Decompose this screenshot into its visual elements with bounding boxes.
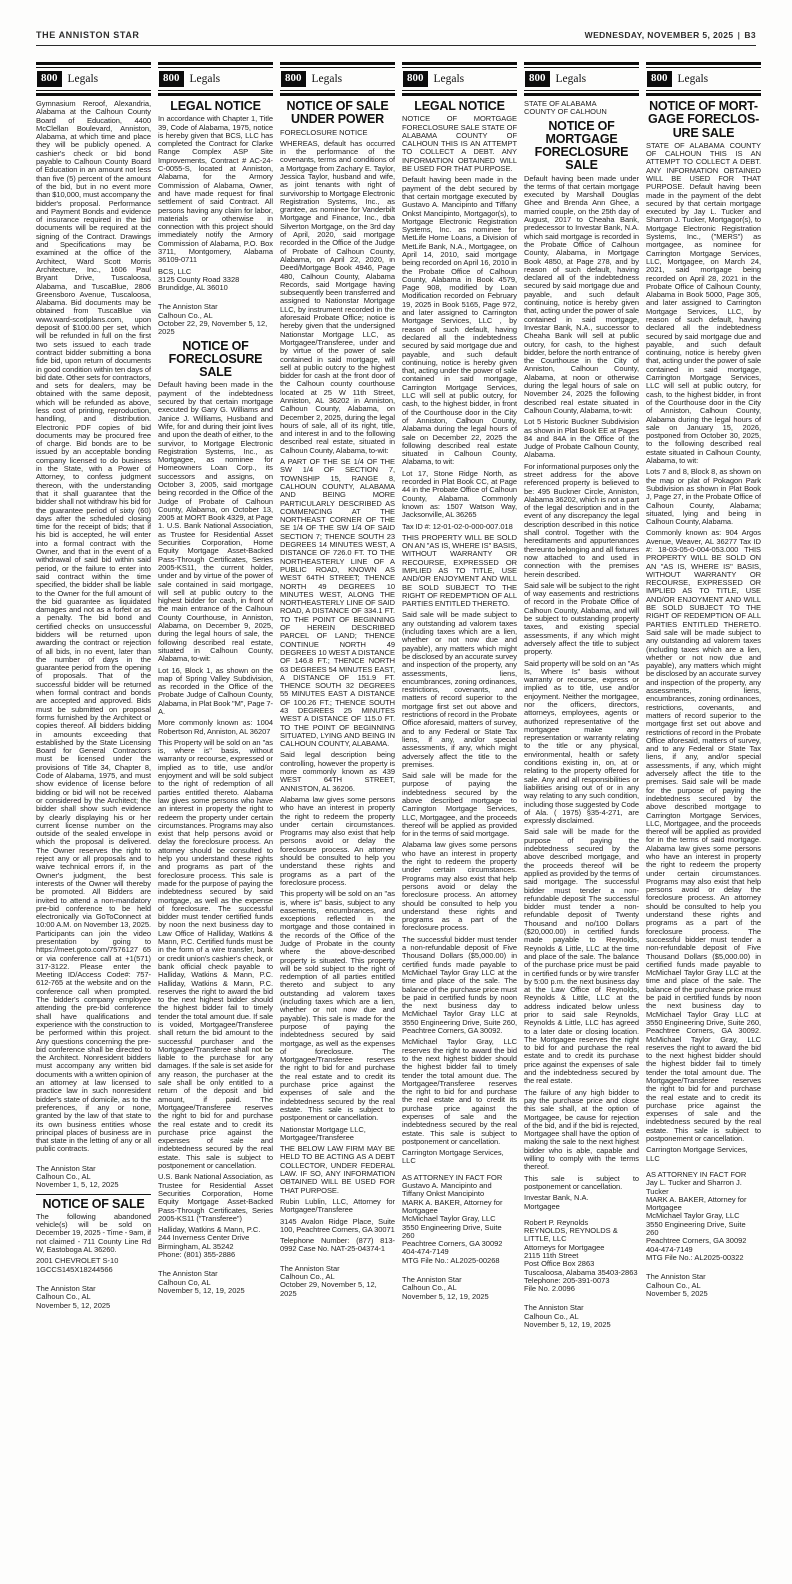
issue-date: WEDNESDAY, NOVEMBER 5, 2025 <box>585 30 734 40</box>
notice-divider-rule <box>36 1194 151 1195</box>
category-row: 800 Legals <box>524 68 639 90</box>
rule-thin <box>524 90 639 91</box>
notice-body: Said sale will be made for the purpose o… <box>524 828 639 1085</box>
notice-lines: Nationstar Mortgage LLC,Mortgagee/Transf… <box>280 1126 395 1143</box>
notice-lines: The Anniston StarCalhoun Co., ALNovember… <box>524 1296 639 1329</box>
notice-body: The following abandoned vehicle(s) will … <box>36 1213 151 1254</box>
notice-line: November 5, 12, 19, 2025 <box>524 1321 639 1329</box>
notice-body: This property will be sold on an "as is,… <box>280 890 395 1122</box>
notice-line: LLC <box>646 1155 761 1163</box>
notice-body: Said legal description being controlling… <box>280 751 395 792</box>
notice-lines: BCS, LLC3125 County Road 3328Brundidge, … <box>158 268 273 293</box>
rule-thin <box>280 90 395 91</box>
category-row: 800 Legals <box>646 68 761 90</box>
notice-line: LLC <box>402 1157 517 1165</box>
notice-lines: STATE OF ALABAMACOUNTY OF CALHOUN <box>524 100 639 117</box>
notice-body: Telephone Number: (877) 813-0992 Case No… <box>280 1237 395 1254</box>
legals-columns: 800 Legals Gymnasium Reroof, Alexandria,… <box>36 62 756 1542</box>
notice-body: THIS PROPERTY WILL BE SOLD ON AN "AS IS,… <box>402 534 517 609</box>
rule-thick <box>524 93 639 96</box>
notice-body: More commonly known as: 1004 Robertson R… <box>158 719 273 736</box>
notice-lines: Carrington Mortgage Services,LLCAS ATTOR… <box>402 1149 517 1265</box>
notice-body: Said sale will be made subject to any ou… <box>402 611 517 769</box>
notice-line: Phone: (801) 355-2886 <box>158 1251 273 1259</box>
category-code-badge: 800 <box>525 71 550 87</box>
notice-lines: The Anniston StarCalhoun Co., ALOctober … <box>158 295 273 336</box>
notice-title: NOTICE OF SALE <box>36 1198 151 1211</box>
notice-line: Mortgagee/Transferee <box>280 1134 395 1142</box>
notice-lines: The Anniston StarCalhoun Co., ALNovember… <box>36 1157 151 1190</box>
notice-title-line: GAGE FORECLOS- <box>646 113 761 126</box>
legals-column: 800 Legals NOTICE OF SALE UNDER POWERFOR… <box>280 62 395 1542</box>
category-label: Legals <box>556 73 587 85</box>
notice-body: Said sale will be made for the purpose o… <box>402 772 517 838</box>
notice-body: Gymnasium Reroof, Alexandria, Alabama at… <box>36 100 151 1154</box>
category-code-badge: 800 <box>281 71 306 87</box>
notice-title: NOTICE OF SALE UNDER POWER <box>280 100 395 127</box>
rule-thin <box>646 90 761 91</box>
notice-lines: Halliday, Watkins & Mann, P.C.244 Invern… <box>158 1226 273 1259</box>
notice-line: MTG File No.: AL2025-00322 <box>646 1254 761 1262</box>
rule-thick <box>158 93 273 96</box>
category-header: 800 Legals <box>402 62 517 96</box>
notice-line: COUNTY OF CALHOUN <box>524 108 639 116</box>
notice-title: LEGAL NOTICE <box>158 100 273 113</box>
notice-body: Commonly known as: 904 Argos Avenue, Wea… <box>646 529 761 1143</box>
notice-body: This sale is subject to postponement or … <box>524 1175 639 1192</box>
notice-line: November 5, 12, 2025 <box>36 1302 151 1310</box>
notice-body: THE BELOW LAW FIRM MAY BE HELD TO BE ACT… <box>280 1145 395 1195</box>
rule-thick <box>646 93 761 96</box>
notice-body: In accordance with Chapter 1, Title 39, … <box>158 115 273 264</box>
notice-line: Brundidge, AL 36010 <box>158 284 273 292</box>
page-number: B3 <box>744 30 756 40</box>
rule-thick <box>36 62 151 65</box>
newspaper-page: THE ANNISTON STAR WEDNESDAY, NOVEMBER 5,… <box>0 0 792 1584</box>
notice-line: November 1, 5, 12, 2025 <box>36 1181 151 1189</box>
category-code-badge: 800 <box>403 71 428 87</box>
notice-body: Rubin Lublin, LLC, Attorney for Mortgage… <box>280 1198 395 1215</box>
notice-title: NOTICE OF FORECLOSURE SALE <box>158 340 273 380</box>
category-code-badge: 800 <box>37 71 62 87</box>
rule-thin <box>36 90 151 91</box>
notice-body: A PART OF THE SE 1/4 OF THE SW 1/4 OF SE… <box>280 458 395 748</box>
notice-body: The successful bidder must tender a non-… <box>402 936 517 1036</box>
notice-line: Carrington Mortgage Services, <box>646 1146 761 1154</box>
notice-title-line: NOTICE OF MORT- <box>646 100 761 113</box>
legals-column: 800 Legals LEGAL NOTICENOTICE OF MORTGAG… <box>402 62 517 1542</box>
category-row: 800 Legals <box>402 68 517 90</box>
rule-thick <box>280 62 395 65</box>
notice-line: 1GCCS145X18244566 <box>36 1266 151 1274</box>
category-label: Legals <box>312 73 343 85</box>
notice-lines: The Anniston StarCalhoun Co., ALNovember… <box>646 1265 761 1298</box>
masthead-separator: | <box>738 30 741 40</box>
category-row: 800 Legals <box>36 68 151 90</box>
notice-body: McMichael Taylor Gray, LLC reserves the … <box>402 1038 517 1146</box>
category-label: Legals <box>434 73 465 85</box>
category-row: 800 Legals <box>158 68 273 90</box>
legals-column: 800 Legals STATE OF ALABAMACOUNTY OF CAL… <box>524 62 639 1542</box>
legals-column: 800 Legals LEGAL NOTICEIn accordance wit… <box>158 62 273 1542</box>
paper-title: THE ANNISTON STAR <box>36 30 140 40</box>
notice-line: November 5, 12, 19, 2025 <box>158 1287 273 1295</box>
rule-thick <box>158 62 273 65</box>
notice-body: Lot 5 Historic Buckner Subdivision as sh… <box>524 418 639 459</box>
notice-body: The failure of any high bidder to pay th… <box>524 1089 639 1172</box>
notice-body: Alabama law gives some persons who have … <box>402 841 517 932</box>
rule-thin <box>402 90 517 91</box>
masthead: THE ANNISTON STAR WEDNESDAY, NOVEMBER 5,… <box>36 30 756 46</box>
notice-lines: The Anniston StarCalhoun Co, ALNovember … <box>158 1262 273 1295</box>
rule-thick <box>402 62 517 65</box>
notice-body: Alabama law gives some persons who have … <box>280 796 395 887</box>
notice-body: This Property will be sold on an "as is,… <box>158 739 273 1170</box>
category-header: 800 Legals <box>36 62 151 96</box>
notice-line: Carrington Mortgage Services, <box>402 1149 517 1157</box>
category-header: 800 Legals <box>524 62 639 96</box>
notice-body: WHEREAS, default has occurred in the per… <box>280 140 395 455</box>
notice-body: For informational purposes only the stre… <box>524 463 639 579</box>
notice-line: 3550 Engineering Drive, Suite <box>402 1224 517 1232</box>
notice-line: October 29, November 5, 12, 2025 <box>280 1281 395 1298</box>
notice-lines: The Anniston StarCalhoun Co., ALNovember… <box>402 1268 517 1301</box>
rule-thick <box>36 93 151 96</box>
legals-column: 800 Legals NOTICE OF MORT-GAGE FORECLOS-… <box>646 62 761 1542</box>
notice-body: Said sale will be subject to the right o… <box>524 582 639 657</box>
category-code-badge: 800 <box>159 71 184 87</box>
notice-title: LEGAL NOTICE <box>402 100 517 113</box>
category-header: 800 Legals <box>646 62 761 96</box>
notice-line: 3550 Engineering Drive, Suite <box>646 1221 761 1229</box>
notice-body: 3145 Avalon Ridge Place, Suite 100, Peac… <box>280 1218 395 1235</box>
rule-thick <box>280 93 395 96</box>
notice-line: REYNOLDS, REYNOLDS & LITTLE, LLC <box>524 1227 639 1244</box>
notice-body: Default having been made under the terms… <box>524 175 639 416</box>
notice-body: U.S. Bank National Association, as Trust… <box>158 1173 273 1223</box>
category-label: Legals <box>190 73 221 85</box>
category-header: 800 Legals <box>158 62 273 96</box>
rule-thick <box>524 62 639 65</box>
category-label: Legals <box>68 73 99 85</box>
notice-line: November 5, 2025 <box>646 1290 761 1298</box>
notice-lines: Investar Bank, N.A.MortgageeRobert P. Re… <box>524 1194 639 1293</box>
notice-body: Said property will be sold on an "As Is,… <box>524 660 639 826</box>
notice-body: Lot 16, Block 1, as shown on the map of … <box>158 667 273 717</box>
notice-lines: 2001 CHEVROLET S-101GCCS145X18244566 <box>36 1257 151 1274</box>
notice-line: October 22, 29, November 5, 12, 2025 <box>158 320 273 337</box>
notice-line: FORECLOSURE NOTICE <box>280 129 395 137</box>
notice-lines: The Anniston StarCalhoun Co., ALOctober … <box>280 1257 395 1298</box>
notice-lines: The Anniston StarCalhoun Co., ALNovember… <box>36 1277 151 1310</box>
notice-body: Default having been made in the payment … <box>158 381 273 663</box>
notice-line: Mortgagee <box>524 1203 639 1211</box>
notice-line: File No. 2.0096 <box>524 1285 639 1293</box>
notice-title-line: URE SALE <box>646 127 761 140</box>
rule-thick <box>402 93 517 96</box>
masthead-right: WEDNESDAY, NOVEMBER 5, 2025 | B3 <box>585 30 756 40</box>
category-header: 800 Legals <box>280 62 395 96</box>
notice-line: November 5, 12, 19, 2025 <box>402 1293 517 1301</box>
notice-body: NOTICE OF MORTGAGE FORECLOSURE SALE STAT… <box>402 115 517 173</box>
category-label: Legals <box>678 73 709 85</box>
notice-title: NOTICE OF MORTGAGE FORECLOSURE SALE <box>524 120 639 173</box>
notice-line: MTG File No.: AL2025-00268 <box>402 1257 517 1265</box>
category-row: 800 Legals <box>280 68 395 90</box>
notice-title: NOTICE OF MORT-GAGE FORECLOS-URE SALE <box>646 100 761 140</box>
notice-body: Lot 17, Stone Ridge North, as recorded i… <box>402 470 517 520</box>
notice-lines: Carrington Mortgage Services,LLCAS ATTOR… <box>646 1146 761 1262</box>
notice-body: STATE OF ALABAMA COUNTY OF CALHOUN THIS … <box>646 142 761 466</box>
category-code-badge: 800 <box>647 71 672 87</box>
notice-body: Tax ID #: 12-01-02-0-000-007.018 <box>402 523 517 531</box>
rule-thin <box>158 90 273 91</box>
rule-thick <box>646 62 761 65</box>
notice-body: Lots 7 and 8, Block 8, as shown on the m… <box>646 468 761 526</box>
notice-lines: FORECLOSURE NOTICE <box>280 129 395 137</box>
notice-body: Default having been made in the payment … <box>402 176 517 466</box>
legals-column: 800 Legals Gymnasium Reroof, Alexandria,… <box>36 62 151 1542</box>
